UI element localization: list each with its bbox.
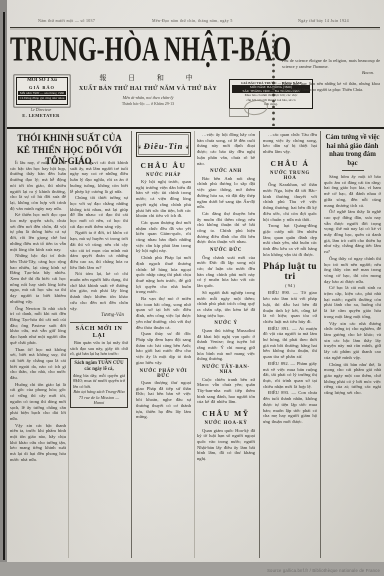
body-paragraph: Chúng tôi thiết tưởng sự học với sự đạo … — [70, 195, 128, 229]
book-ad-seller: Bán tại hàng sách Trung-Hòa — [73, 389, 125, 394]
body-paragraph: Số người thất nghiệp trong nước mỗi ngày… — [197, 290, 255, 319]
fleuron-icon: ❦ — [185, 146, 189, 151]
body-paragraph: Quan thượng thư ngoại giao Pháp đã tiếp … — [136, 380, 191, 420]
body-paragraph: Báo bên Anh nói rằng chính phủ đương lo … — [197, 176, 255, 210]
newspaper-title: TRUNG-HÒA NHẬT-BÁO — [10, 30, 264, 70]
book-ad-heading: SÁCH MỚI IN LẠI — [70, 322, 128, 339]
country-subheading: NƯỚC PHÁP VỚI ĐỨC — [136, 369, 191, 379]
masthead-address-line: Thành bác-lộc — ở Khâm 29-13 — [64, 101, 232, 106]
serial-article-title: Pháp luật tu tri — [263, 262, 317, 282]
body-paragraph: Kẻ thiển học mới đọc qua loa mấy quyển s… — [10, 212, 66, 252]
news-column-asia-law: …các quan chức Tàu đều mong việc ấy chón… — [263, 132, 317, 558]
body-paragraph: Ba vạn thợ mỏ ở miền bắc toan bãi công, … — [136, 296, 191, 330]
body-paragraph: Quan thủ tướng Mussolini đã khai hội ngh… — [197, 328, 255, 362]
lead-article-column-2: Ấy cũng vì cái thói khinh suất ấy, mà lắ… — [70, 160, 128, 556]
publication-days-line: XUẤT BẢN THỨ HAI THỨ NĂM VÀ THỨ BẢY — [64, 86, 232, 92]
body-paragraph: Chúng tôi bàn như thế, là mong cho cái p… — [324, 362, 381, 396]
body-paragraph: Các quan thượng thư mới nhậm chức đều đã… — [136, 220, 191, 254]
body-paragraph: Ông thầy có ngay chính thì học trò mới n… — [324, 256, 381, 285]
body-paragraph: Ông Newton là nhà cách trí có danh, mỗi … — [10, 306, 66, 346]
body-paragraph: Ít lâu nay, ở mấy nơi chỗ các bậc tân họ… — [10, 160, 66, 211]
body-paragraph: Quan giám quốc Hoa-kỳ đã ký tờ luật hạn … — [197, 428, 255, 462]
country-subheading: NƯỚC HOA-KỲ — [197, 421, 255, 426]
body-paragraph: ĐIỀU 892. — Phàm giấy má về việc mua bán… — [263, 361, 317, 390]
price-box: MỖI SỐ 3 Xu GIÁ BÁO Mỗi năm 3$00 — sáu t… — [16, 77, 68, 105]
body-paragraph: Chính phủ Pháp lại mới định ngạch thuế t… — [136, 255, 191, 295]
book-ad-title: Sách ngắm TUẦN CỬU các ngày lễ cả, — [73, 361, 125, 373]
body-paragraph: ĐIỀU 891. — Ai mượn đồ vật của người ta … — [263, 326, 317, 360]
column-rule — [259, 131, 260, 558]
body-paragraph: Vậy xin các nhà đương chức trừng trị cho… — [324, 321, 381, 361]
body-paragraph: Kỳ hội nghị trước, quan nghị trưởng viện… — [136, 179, 191, 219]
masthead-motto: Mến ái-nhân, noi theo chân-lý — [64, 95, 232, 100]
body-paragraph: Vậy xin các bậc thanh niên ta, trước khi… — [10, 423, 66, 463]
newspaper-page-scan: Năm thứ mười một — số 1037 Mến-Đạo năm t… — [0, 0, 384, 576]
director-label: Le Directeur — [16, 107, 66, 112]
body-paragraph: Ôi! nghề làm thầy là nghề cao quý đứng đ… — [324, 209, 381, 255]
epigraph-vietnamese: Khoa học hay làm nên những kẻ vô thần, n… — [282, 81, 380, 92]
column-rule — [320, 131, 321, 558]
continent-heading: CHÂU Á — [263, 159, 317, 168]
body-paragraph: …việc ấy hội đồng hãy còn bàn chưa xong,… — [197, 132, 255, 166]
column-rule — [131, 131, 132, 558]
body-paragraph: Ấy cũng vì cái thói khinh suất ấy, mà lắ… — [70, 160, 128, 194]
news-banner-title: Điều-Tin — [144, 141, 184, 151]
country-subheading: NƯỚC TRUNG HOA — [263, 171, 317, 181]
continent-heading: CHÂU ÂU — [136, 161, 191, 170]
dateline-lunar-date: Mến-Đạo năm thứ chín, tháng năm, ngày 5 — [152, 18, 233, 23]
masthead-rule — [7, 127, 384, 129]
price-rate-bar: Mỗi năm 3$00 — sáu tháng 1$60 — [18, 91, 66, 96]
lead-article-column-1: Ít lâu nay, ở mấy nơi chỗ các bậc tân họ… — [10, 160, 66, 556]
dateline-gregorian-date: Ngày thứ bảy 14 Juin 1924 — [298, 18, 349, 23]
country-subheading: NƯỚC Ý — [197, 321, 255, 326]
body-paragraph: Than ôi! học mà không xét, biết mà không… — [10, 347, 66, 381]
news-column-countries: …việc ấy hội đồng hãy còn bàn chưa xong,… — [197, 132, 255, 558]
opinion-column: Cảm tưởng về việc hai nhà giáo đánh nhau… — [324, 132, 381, 558]
price-box-label: GIÁ BÁO — [17, 85, 67, 91]
epigraph-signature: Bacon. — [282, 70, 374, 75]
fleuron-icon: ❦ — [137, 146, 141, 151]
price-rate-bar: Cả Đông-Pháp giá cũng như nhau — [18, 96, 66, 101]
newspaper-title-chinese: 報 日 和 中 — [95, 73, 207, 83]
author-signature: Tương-Văn — [70, 313, 124, 318]
news-section-banner: ❦Điều-Tin❦ — [136, 132, 191, 157]
ornament-divider — [271, 32, 276, 126]
country-subheading: NƯỚC PHÁP — [136, 173, 191, 178]
book-ad-intro: Bản quán vừa in lại mấy thứ sách đạo sau… — [70, 340, 128, 357]
body-paragraph: Những bậc đại trí thức bên Thái-Tây, càn… — [10, 253, 66, 304]
dateline-rule — [10, 27, 380, 28]
body-paragraph: ĐIỀU 893. — Con chưa đến tuổi thành nhân… — [263, 390, 317, 424]
news-column-europe: ❦Điều-Tin❦ CHÂU ÂUNƯỚC PHÁPKỳ hội nghị t… — [136, 132, 191, 558]
article-headline: Cảm tưởng về việc hai nhà giáo đánh nhau… — [324, 134, 381, 168]
body-paragraph: Các đảng thợ thuyền bên ấy muốn đòi thêm… — [197, 211, 255, 245]
body-paragraph: Huống chi tôn giáo lại là cái gốc của ph… — [10, 382, 66, 422]
director-name: E. LEMETAYER — [16, 113, 66, 118]
country-subheading: NƯỚC ANH — [197, 169, 255, 174]
serial-installment-number: ( 94 ) — [263, 283, 317, 288]
body-paragraph: Quan thủy sư đô đốc Pháp sắp đem hạm đội… — [136, 331, 191, 365]
body-paragraph: …các quan chức Tàu đều mong việc ấy chón… — [263, 132, 317, 155]
book-ad-detail: đóng bìa dày, mỗi quyển giá 0$40; mua từ… — [73, 373, 125, 389]
country-subheading: NƯỚC TÂY-BAN-NHA — [197, 365, 255, 375]
body-paragraph: Người ta ở đời, trí khôn có hạn, mà sự h… — [70, 230, 128, 270]
column-rule — [68, 131, 69, 558]
gallica-watermark: Source gallica.bnf.fr / Bibliothèque nat… — [267, 568, 380, 573]
epigraph-block: Peu de science éloigne de la religion, m… — [282, 58, 380, 92]
lead-article-continuation: Ấy cũng vì cái thói khinh suất ấy, mà lắ… — [70, 160, 128, 318]
body-paragraph: Cuộc chiến tranh bên xứ Maroc vẫn chưa y… — [197, 377, 255, 406]
scan-fold-line — [3, 12, 5, 560]
body-paragraph: Sáng hôm ấy một tờ báo quốc âm có đăng c… — [324, 174, 381, 208]
body-paragraph: ĐIỀU 890. — Tờ giao kèo nào làm trái với… — [263, 290, 317, 324]
book-ad-box: Sách ngắm TUẦN CỬU các ngày lễ cả, đóng … — [70, 358, 128, 408]
continent-heading: CHÂU MỸ — [197, 409, 255, 418]
book-ad-address: 73 rue de la Mission — Hanoi — [73, 395, 125, 406]
body-paragraph: Cờ bạc là cái mối sinh ra trộm cắp, kiện… — [324, 285, 381, 319]
body-paragraph: Ông Karakhan, sứ thần nước Nga, hiện đã … — [263, 182, 317, 222]
body-paragraph: Ông chánh soái mới của nước Đức đã lập x… — [197, 255, 255, 289]
body-paragraph: Trong hạt Quảng-đông giặc cướp nổi lên n… — [263, 223, 317, 257]
news-europe-blocks: CHÂU ÂUNƯỚC PHÁPKỳ hội nghị trước, quan … — [136, 161, 191, 420]
dateline-issue-number: Năm thứ mười một — số 1037 — [38, 18, 95, 23]
column-rule — [194, 131, 195, 558]
country-subheading: NƯỚC ĐỨC — [197, 248, 255, 253]
divider-rule — [342, 170, 364, 171]
body-paragraph: Nói tóm lại, kẻ có chí muốn nên người hữ… — [70, 271, 128, 311]
epigraph-french: Peu de science éloigne de la religion, m… — [282, 58, 380, 69]
